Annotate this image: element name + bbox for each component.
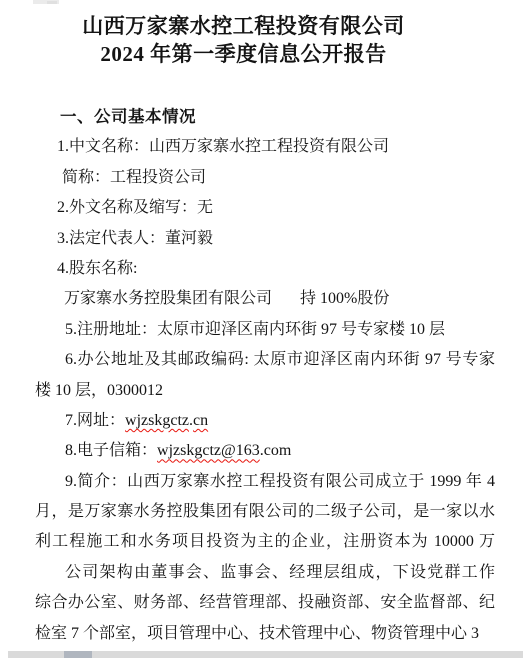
doc-line: 7.网址：wjzskgctz.cn xyxy=(65,406,495,436)
doc-line: 综合办公室、财务部、经营管理部、投融资部、安全监督部、纪 xyxy=(35,588,495,618)
doc-line: 5.注册地址：太原市迎泽区南内环街 97 号专家楼 10 层 xyxy=(65,315,495,345)
doc-body: 一、公司基本情况1.中文名称：山西万家寨水控工程投资有限公司简称：工程投资公司2… xyxy=(0,102,523,649)
doc-title: 山西万家寨水控工程投资有限公司 2024 年第一季度信息公开报告 xyxy=(0,0,487,68)
document-page: 山西万家寨水控工程投资有限公司 2024 年第一季度信息公开报告 一、公司基本情… xyxy=(0,0,523,658)
page-bottom-edge xyxy=(8,651,523,658)
doc-title-line2: 2024 年第一季度信息公开报告 xyxy=(0,40,487,68)
spellcheck-flagged-text: wjzskgctz@163 xyxy=(157,442,260,459)
doc-line: 3.法定代表人：董河毅 xyxy=(57,224,495,254)
doc-line: 万家寨水务控股集团有限公司 持 100%股份 xyxy=(64,284,495,314)
doc-line: 简称：工程投资公司 xyxy=(62,163,495,193)
doc-line: 4.股东名称: xyxy=(57,254,495,284)
doc-line: 1.中文名称：山西万家寨水控工程投资有限公司 xyxy=(57,132,495,162)
doc-line: 利工程施工和水务项目投资为主的企业，注册资本为 10000 万元。 xyxy=(35,527,495,557)
scrollbar-thumb[interactable] xyxy=(64,651,92,658)
doc-line: 检室 7 个部室，项目管理中心、技术管理中心、物资管理中心 3 xyxy=(35,619,495,649)
scan-artifact xyxy=(47,1,57,4)
doc-line: 9.简介：山西万家寨水控工程投资有限公司成立于 1999 年 4 xyxy=(65,467,495,497)
doc-line: 2.外文名称及缩写：无 xyxy=(57,193,495,223)
doc-line: 楼 10 层，0300012 xyxy=(35,376,495,406)
doc-line: 月，是万家寨水务控股集团有限公司的二级子公司，是一家以水 xyxy=(35,497,495,527)
spellcheck-flagged-text: wjzskgctz xyxy=(125,412,189,429)
doc-title-line1: 山西万家寨水控工程投资有限公司 xyxy=(0,12,487,40)
text-segment: .com xyxy=(260,442,292,459)
doc-line: 一、公司基本情况 xyxy=(60,102,495,132)
doc-line: 8.电子信箱：wjzskgctz@163.com xyxy=(65,436,495,466)
doc-line: 公司架构由董事会、监事会、经理层组成，下设党群工作部、 xyxy=(65,558,495,588)
text-segment: 8.电子信箱： xyxy=(65,442,157,459)
doc-line: 6.办公地址及其邮政编码: 太原市迎泽区南内环街 97 号专家 xyxy=(65,345,495,375)
spellcheck-flagged-text: cn xyxy=(193,412,208,429)
text-segment: 7.网址： xyxy=(65,412,125,429)
